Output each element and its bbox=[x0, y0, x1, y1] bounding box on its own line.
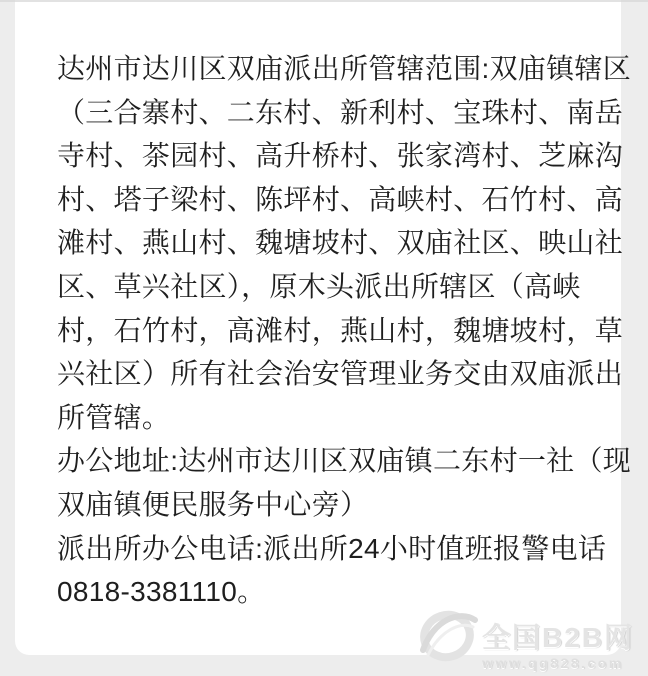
content-card: 达州市达川区双庙派出所管辖范围:双庙镇辖区 （三合寨村、二东村、新利村、宝珠村、… bbox=[15, 0, 621, 655]
watermark-brand: 全国B2B网 bbox=[482, 623, 634, 653]
watermark-text: 全国B2B网 www.qg828.com bbox=[482, 623, 634, 672]
page-background: { "page": { "background_color": "#ededed… bbox=[0, 0, 648, 676]
text-line: 村，石竹村，高滩村，燕山村，魏塘坡村，草 bbox=[57, 315, 623, 346]
top-edge-divider bbox=[0, 0, 648, 2]
text-line: 双庙镇便民服务中心旁） bbox=[57, 489, 368, 520]
text-line: 兴社区）所有社会治安管理业务交由双庙派出 bbox=[57, 358, 623, 389]
text-line: 派出所办公电话:派出所24小时值班报警电话 bbox=[57, 533, 606, 564]
paragraph-phone: 派出所办公电话:派出所24小时值班报警电话 0818-3381110。 bbox=[57, 527, 603, 614]
document-text: 达州市达川区双庙派出所管辖范围:双庙镇辖区 （三合寨村、二东村、新利村、宝珠村、… bbox=[15, 0, 621, 614]
paragraph-jurisdiction: 达州市达川区双庙派出所管辖范围:双庙镇辖区 （三合寨村、二东村、新利村、宝珠村、… bbox=[57, 47, 603, 439]
watermark-url: www.qg828.com bbox=[482, 654, 634, 672]
text-line: 村、塔子梁村、陈坪村、高峡村、石竹村、高 bbox=[57, 184, 623, 215]
text-line: （三合寨村、二东村、新利村、宝珠村、南岳 bbox=[57, 97, 623, 128]
globe-swoosh-icon bbox=[416, 605, 480, 670]
text-line: 所管辖。 bbox=[57, 402, 170, 433]
text-line: 达州市达川区双庙派出所管辖范围:双庙镇辖区 bbox=[57, 53, 631, 84]
text-line: 0818-3381110。 bbox=[57, 576, 265, 607]
text-line: 办公地址:达州市达川区双庙镇二东村一社（现 bbox=[57, 445, 631, 476]
watermark: 全国B2B网 www.qg828.com bbox=[416, 605, 634, 672]
text-line: 区、草兴社区），原木头派出所辖区（高峡 bbox=[57, 271, 581, 302]
text-line: 寺村、茶园村、高升桥村、张家湾村、芝麻沟 bbox=[57, 140, 623, 171]
paragraph-address: 办公地址:达州市达川区双庙镇二东村一社（现 双庙镇便民服务中心旁） bbox=[57, 439, 603, 526]
text-line: 滩村、燕山村、魏塘坡村、双庙社区、映山社 bbox=[57, 227, 623, 258]
